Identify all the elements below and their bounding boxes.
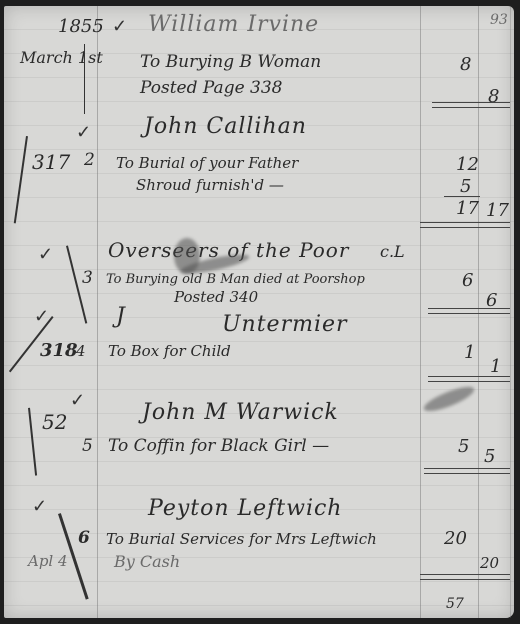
ink-blot: [421, 382, 476, 415]
total-rule: [424, 468, 510, 474]
account-name: Peyton Leftwich: [148, 496, 342, 521]
entry-line: To Box for Child: [108, 342, 231, 360]
debit-total: 17: [456, 198, 479, 219]
entry-line: To Burying old B Man died at Poorshop: [106, 272, 365, 287]
page-number-bottom: 57: [446, 596, 464, 612]
ledger-ref: 318: [40, 340, 78, 361]
check-mark-icon: ✓: [32, 496, 47, 517]
debit-amount: 1: [464, 342, 475, 363]
entry-line: To Coffin for Black Girl —: [108, 436, 329, 456]
margin-stroke: [84, 44, 85, 114]
account-name: Untermier: [222, 312, 348, 337]
day-number: 2: [84, 150, 95, 170]
account-name: John M Warwick: [142, 400, 339, 425]
total-rule: [428, 376, 510, 382]
entry-line: By Cash: [114, 552, 180, 571]
entry-date: March 1st: [20, 48, 103, 67]
check-mark-icon: ✓: [112, 16, 127, 37]
total-rule: [420, 222, 510, 228]
entry-date: Apl 4: [28, 552, 68, 570]
ledger-page: 93 57 1855 March 1st ✓ William Irvine To…: [4, 6, 514, 618]
account-name-prefix: J: [116, 304, 126, 329]
debit-amount: 6: [462, 270, 473, 291]
page-number-top: 93: [490, 12, 508, 28]
debit-column-rule: [420, 6, 421, 618]
total-rule: [428, 308, 510, 314]
day-number: 5: [82, 436, 93, 456]
ledger-ref: 52: [42, 410, 67, 434]
ledger-ref: 317: [32, 150, 70, 174]
debit-amount: 5: [458, 436, 469, 457]
day-number: 3: [82, 268, 93, 288]
subtotal-rule: [444, 196, 480, 197]
margin-stroke: [14, 136, 28, 223]
check-mark-icon: ✓: [38, 244, 53, 265]
debit-amount: 5: [460, 176, 471, 197]
debit-amount: 20: [444, 528, 467, 549]
total-rule: [432, 102, 510, 108]
day-number: 4: [76, 342, 86, 360]
check-mark-icon: ✓: [76, 122, 91, 143]
account-name: William Irvine: [148, 12, 319, 37]
account-name: John Callihan: [144, 114, 307, 139]
credit-amount: 20: [480, 554, 499, 572]
page-edge-rule: [510, 6, 511, 618]
credit-amount: 1: [490, 356, 501, 377]
margin-stroke: [28, 408, 37, 476]
credit-amount: 17: [486, 200, 509, 221]
entry-line: Posted Page 338: [140, 78, 283, 98]
debit-amount: 12: [456, 154, 479, 175]
entry-year: 1855: [58, 16, 104, 37]
margin-rule: [97, 6, 98, 618]
entry-line: Shroud furnish'd —: [136, 176, 284, 194]
check-mark-icon: ✓: [70, 390, 85, 411]
account-name-suffix: c.L: [380, 242, 405, 261]
entry-line: To Burial Services for Mrs Leftwich: [106, 530, 377, 548]
entry-line: Posted 340: [174, 288, 258, 306]
credit-amount: 5: [484, 446, 495, 467]
entry-line: To Burying B Woman: [140, 52, 321, 72]
day-number: 6: [78, 528, 90, 548]
entry-line: To Burial of your Father: [116, 154, 298, 172]
total-rule: [420, 574, 510, 580]
debit-amount: 8: [460, 54, 471, 75]
